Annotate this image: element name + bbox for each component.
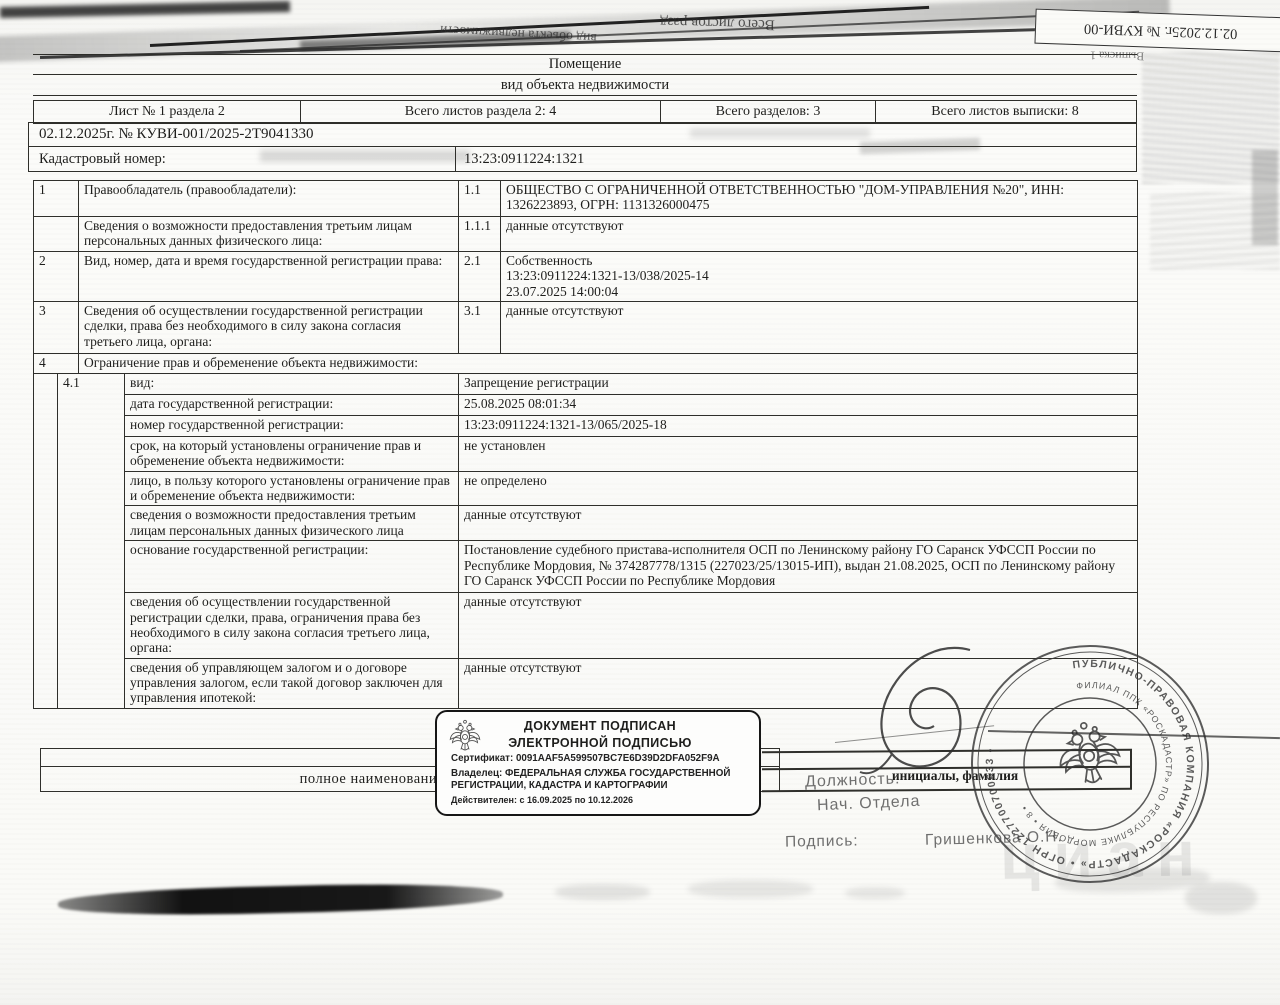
total-sheets-section-cell: Всего листов раздела 2: 4 — [301, 101, 661, 123]
seal-outer-text: ПУБЛИЧНО-ПРАВОВАЯ КОМПАНИЯ «РОСКАДАСТР» … — [967, 641, 1213, 887]
row-label: дата государственной регистрации: — [125, 394, 459, 415]
row-number — [34, 217, 79, 252]
row-subnumber: 2.1 — [459, 251, 501, 301]
scan-smudge — [0, 1, 290, 18]
table-row: дата государственной регистрации: 25.08.… — [34, 394, 1138, 415]
rights-table: 1 Правообладатель (правообладатели): 1.1… — [33, 180, 1138, 709]
table-row: сведения о возможности предоставления тр… — [34, 506, 1138, 541]
table-row: срок, на который установлены ограничение… — [34, 436, 1138, 471]
row-value: Собственность 13:23:0911224:1321-13/038/… — [501, 251, 1138, 301]
esignature-stamp: ДОКУМЕНТ ПОДПИСАН ЭЛЕКТРОННОЙ ПОДПИСЬЮ С… — [435, 710, 761, 816]
table-row: лицо, в пользу которого установлены огра… — [34, 471, 1138, 506]
handstamp-position-value: Нач. Отдела — [817, 793, 921, 815]
row-label: лицо, в пользу которого установлены огра… — [125, 471, 459, 506]
row-label: Вид, номер, дата и время государственной… — [79, 251, 459, 301]
extract-date-number: 02.12.2025г. № КУВИ-001/2025-2Т9041330 — [39, 126, 314, 143]
row-value: ОБЩЕСТВО С ОГРАНИЧЕННОЙ ОТВЕТСТВЕННОСТЬЮ… — [501, 181, 1138, 217]
cadastral-number-row: Кадастровый номер: 13:23:0911224:1321 — [28, 146, 1137, 172]
row-label: вид: — [125, 373, 459, 394]
scan-smudge — [555, 884, 650, 900]
row-label: сведения об осуществлении государственно… — [125, 593, 459, 659]
scan-smudge — [688, 880, 813, 898]
row-value: 25.08.2025 08:01:34 — [459, 394, 1138, 415]
row-number: 1 — [34, 181, 79, 217]
row-number: 2 — [34, 251, 79, 301]
table-row: Сведения о возможности предоставления тр… — [34, 217, 1138, 252]
row-subnumber: 3.1 — [459, 301, 501, 353]
row-value: данные отсутствуют — [501, 301, 1138, 353]
row-subnumber: 1.1 — [459, 181, 501, 217]
coat-of-arms-icon — [447, 718, 483, 758]
object-type-caption: вид объекта недвижимости — [501, 77, 669, 94]
cadastral-value: 13:23:0911224:1321 — [464, 151, 584, 168]
esign-title-line2: ЭЛЕКТРОННОЙ ПОДПИСЬЮ — [451, 736, 749, 750]
section-label: Ограничение прав и обременение объекта н… — [79, 353, 1138, 373]
cadastral-label: Кадастровый номер: — [39, 151, 166, 168]
svg-text:ПУБЛИЧНО-ПРАВОВАЯ КОМПАНИЯ «РО: ПУБЛИЧНО-ПРАВОВАЯ КОМПАНИЯ «РОСКАДАСТР» … — [967, 641, 1213, 887]
row-number: 3 — [34, 301, 79, 353]
header-sheet-info-row: Лист № 1 раздела 2 Всего листов раздела … — [33, 100, 1137, 124]
table-row-section: 4 Ограничение прав и обременение объекта… — [34, 353, 1138, 373]
scan-artifact-flipped-box: 02.12.2025г. № КУВИ-00 — [1034, 9, 1280, 53]
esign-cert-value: 0091AAF5A599507BC7E6D39D2DFA052F9A — [516, 753, 720, 764]
scan-smudge — [845, 887, 905, 899]
row-label: срок, на который установлены ограничение… — [125, 436, 459, 471]
scanned-document-page: Всего листов разд вид объекта недвижимос… — [0, 0, 1280, 1005]
row-label: Правообладатель (правообладатели): — [79, 181, 459, 217]
total-sheets-extract-cell: Всего листов выписки: 8 — [876, 101, 1134, 123]
total-sheets-section: Всего листов раздела 2: 4 — [405, 104, 556, 120]
extract-date-number-row: 02.12.2025г. № КУВИ-001/2025-2Т9041330 — [28, 122, 1137, 147]
esign-valid-label: Действителен: — [451, 795, 517, 805]
total-sections-cell: Всего разделов: 3 — [661, 101, 876, 123]
seal-eagle-emblem — [1054, 718, 1123, 788]
table-row: 3 Сведения об осуществлении государствен… — [34, 301, 1138, 353]
scan-artifact-flipped-text: 02.12.2025г. № КУВИ-00 — [1084, 19, 1238, 41]
cadastral-value-cell: 13:23:0911224:1321 — [456, 151, 1136, 168]
row-label: Сведения о возможности предоставления тр… — [79, 217, 459, 252]
row-value: данные отсутствуют — [459, 506, 1138, 541]
esign-owner-label: Владелец: — [451, 768, 502, 779]
total-sheets-extract: Всего листов выписки: 8 — [931, 104, 1078, 120]
total-sections: Всего разделов: 3 — [716, 104, 821, 120]
row-label: сведения об управляющем залогом и о дого… — [125, 658, 459, 708]
table-row: номер государственной регистрации: 13:23… — [34, 415, 1138, 436]
row-subnumber: 4.1 — [58, 373, 125, 708]
scan-noise — [1252, 150, 1278, 245]
table-row: основание государственной регистрации: П… — [34, 541, 1138, 593]
row-value: 13:23:0911224:1321-13/065/2025-18 — [459, 415, 1138, 436]
row-label: номер государственной регистрации: — [125, 415, 459, 436]
header-object-caption-row: вид объекта недвижимости — [33, 75, 1137, 96]
handstamp-name: Гришенкова О.Н. — [925, 828, 1063, 850]
object-type: Помещение — [549, 56, 622, 73]
row-subnumber: 1.1.1 — [459, 217, 501, 252]
row-label: Сведения об осуществлении государственно… — [79, 301, 459, 353]
row-value: не определено — [459, 471, 1138, 506]
row-value: Постановление судебного пристава-исполни… — [459, 541, 1138, 593]
redaction-smudge — [58, 881, 503, 918]
row-label: основание государственной регистрации: — [125, 541, 459, 593]
table-row: 1 Правообладатель (правообладатели): 1.1… — [34, 181, 1138, 217]
official-round-seal: ПУБЛИЧНО-ПРАВОВАЯ КОМПАНИЯ «РОСКАДАСТР» … — [946, 620, 1233, 907]
row-value: данные отсутствуют — [501, 217, 1138, 252]
table-row: 2 Вид, номер, дата и время государственн… — [34, 251, 1138, 301]
esign-certificate: Сертификат: 0091AAF5A599507BC7E6D39D2DFA… — [451, 753, 751, 765]
esign-validity: Действителен: с 16.09.2025 по 10.12.2026 — [451, 795, 751, 806]
scan-artifact-flipped-text: Всего листов разд — [660, 12, 775, 32]
esign-title-line1: ДОКУМЕНТ ПОДПИСАН — [451, 719, 749, 733]
table-row: 4.1 вид: Запрещение регистрации — [34, 373, 1138, 394]
esign-owner: Владелец: ФЕДЕРАЛЬНАЯ СЛУЖБА ГОСУДАРСТВЕ… — [451, 768, 751, 792]
handstamp-sign-label: Подпись: — [785, 832, 859, 851]
row-label: сведения о возможности предоставления тр… — [125, 506, 459, 541]
row-value: Запрещение регистрации — [459, 373, 1138, 394]
row-value: не установлен — [459, 436, 1138, 471]
spacer-cell — [34, 373, 58, 708]
row-number: 4 — [34, 353, 79, 373]
cadastral-label-cell: Кадастровый номер: — [29, 147, 456, 171]
esign-valid-value: с 16.09.2025 по 10.12.2026 — [520, 795, 634, 805]
sheet-number: Лист № 1 раздела 2 — [109, 104, 225, 120]
sheet-number-cell: Лист № 1 раздела 2 — [34, 101, 301, 123]
handstamp-position-label: Должность: — [805, 770, 901, 791]
header-object-type-row: Помещение — [33, 54, 1137, 75]
